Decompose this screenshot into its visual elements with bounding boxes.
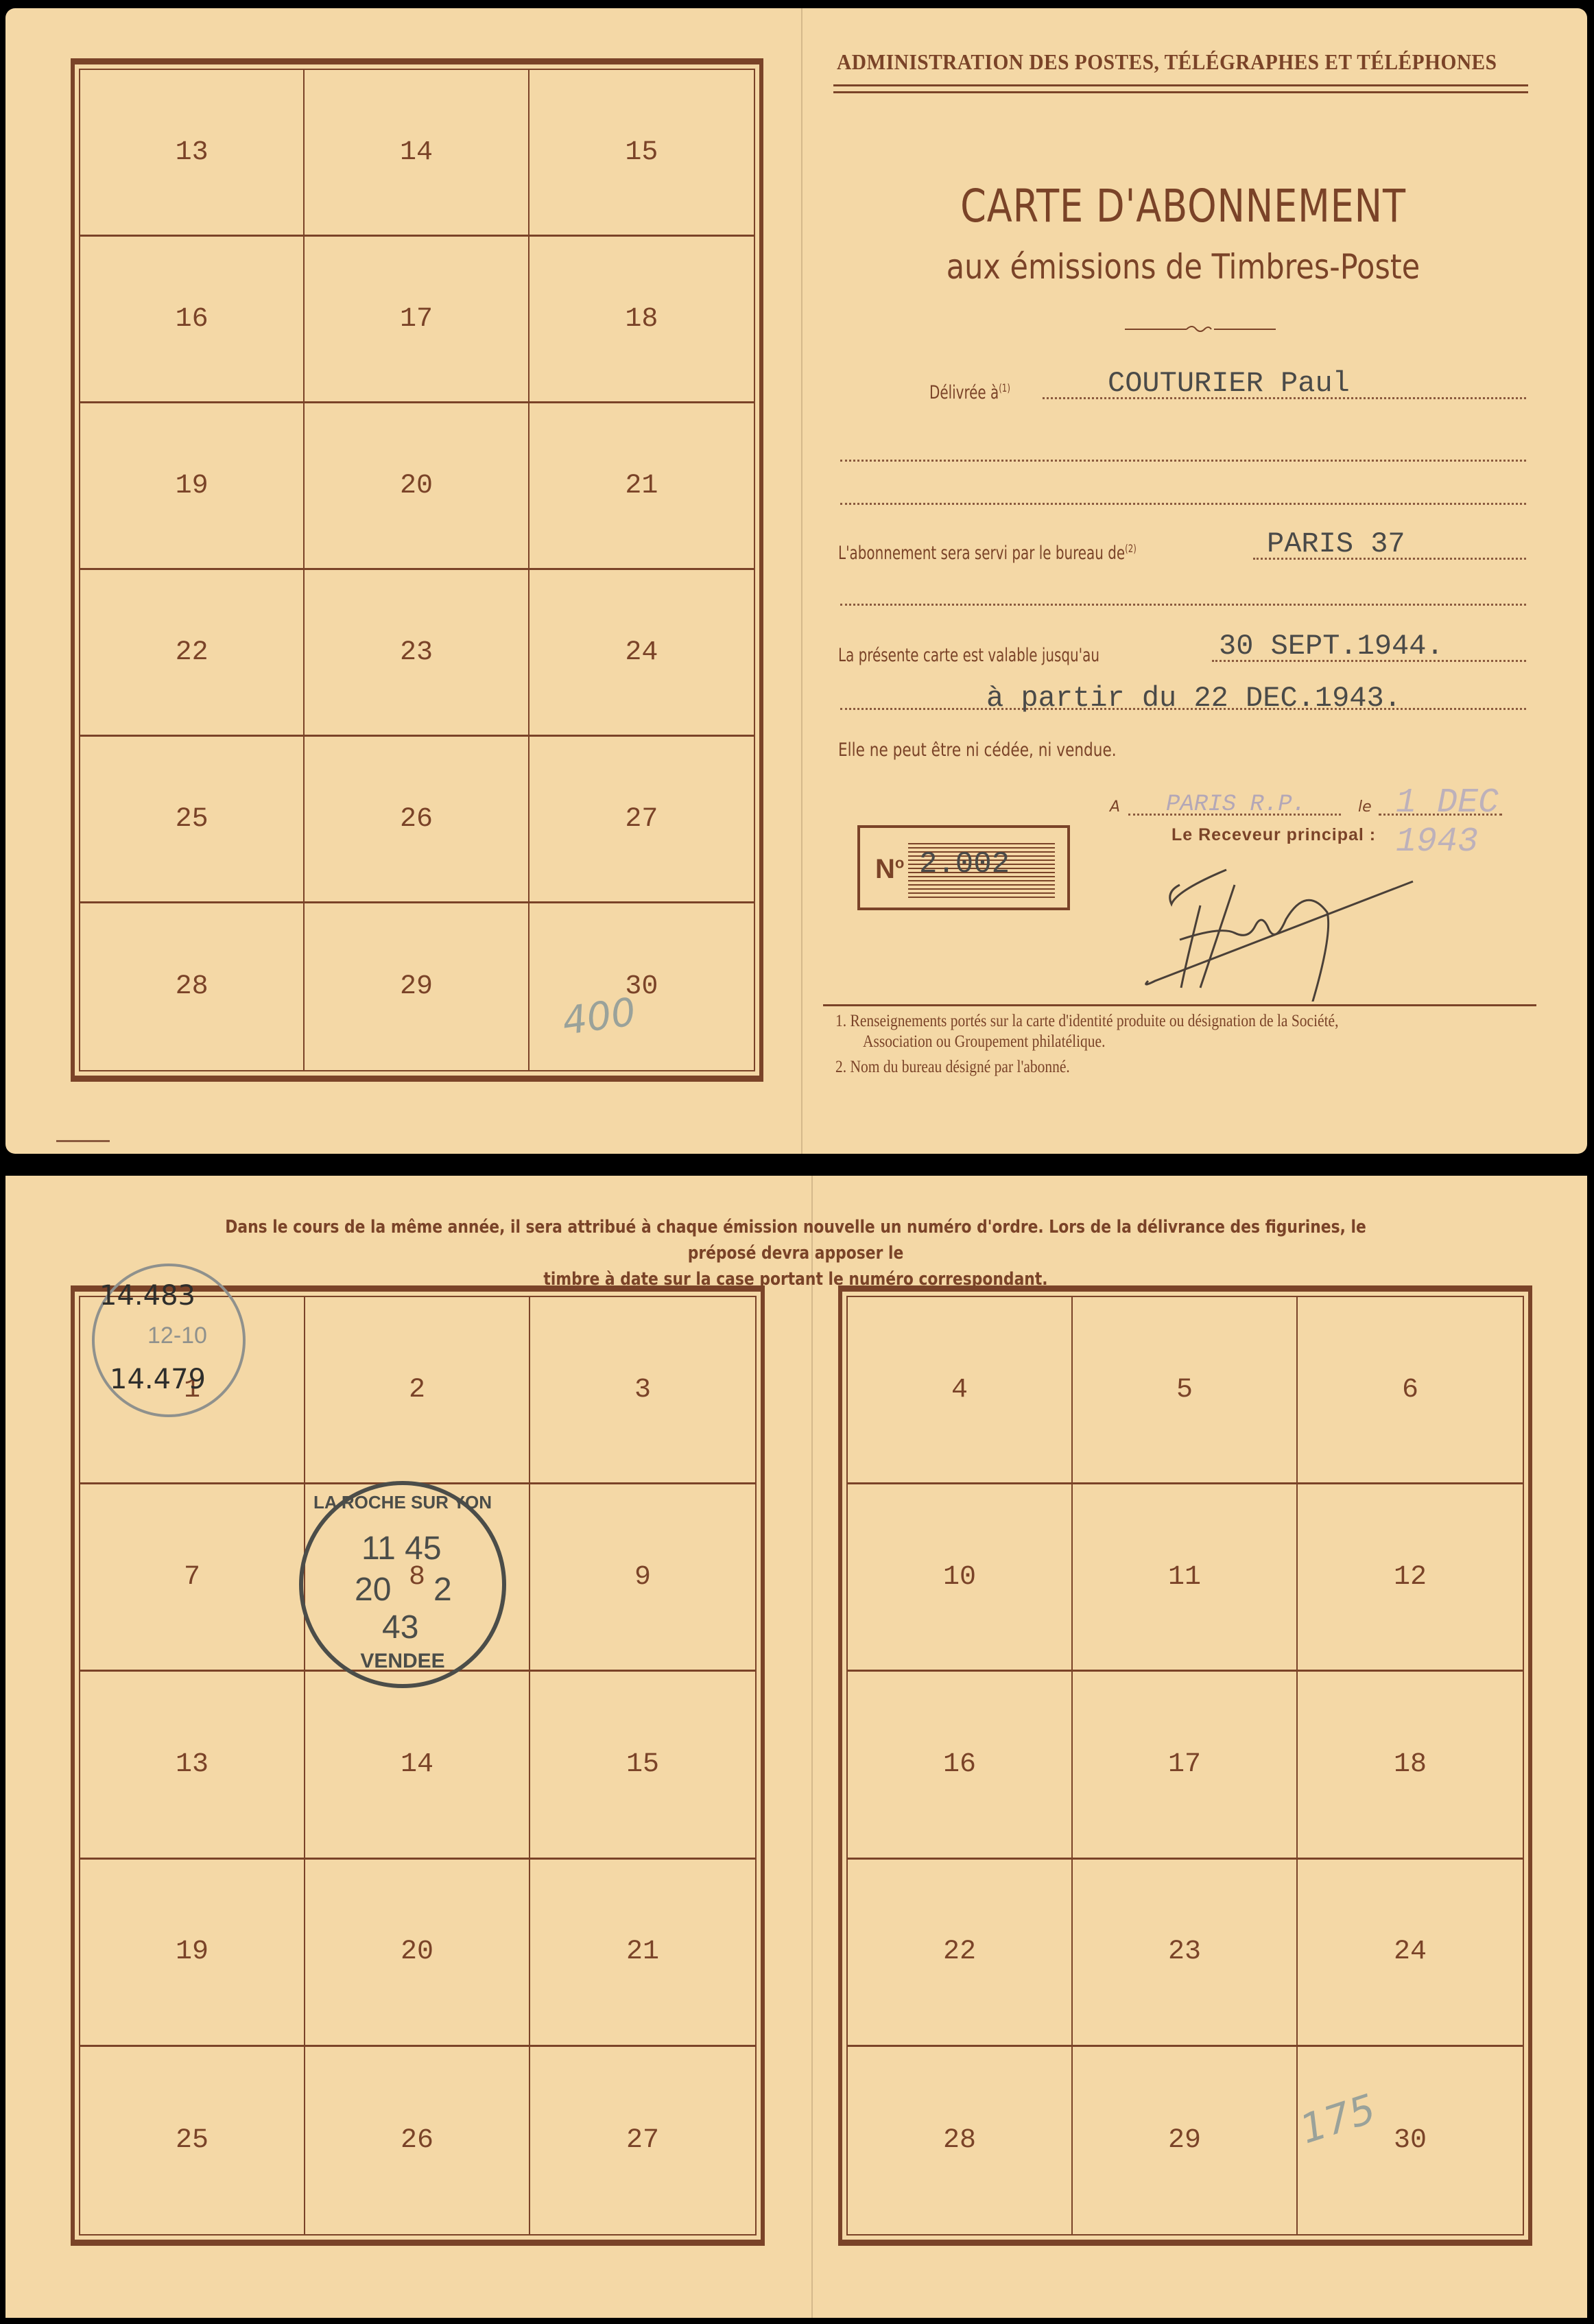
postmark-year: 43 bbox=[382, 1609, 418, 1646]
postmark-dept: VENDEE bbox=[310, 1650, 495, 1673]
stamp-box-7: 7 bbox=[80, 1484, 305, 1672]
stamp-box-number: 27 bbox=[625, 804, 658, 835]
place-date-row: A PARIS R.P. le 1 DEC 1943 bbox=[1104, 796, 1543, 823]
stamp-box-19: 19 bbox=[80, 403, 305, 570]
blank-line-3 bbox=[840, 604, 1526, 606]
stamp-box-number: 22 bbox=[943, 1936, 976, 1967]
stamp-box-number: 28 bbox=[176, 971, 209, 1002]
stamp-box-16: 16 bbox=[80, 237, 305, 403]
header-rule-bottom bbox=[833, 91, 1528, 93]
stamp-box-number: 13 bbox=[176, 1749, 209, 1780]
delivered-to-value[interactable]: COUTURIER Paul bbox=[1108, 367, 1350, 400]
bureau-field: L'abonnement sera servi par le bureau de… bbox=[838, 542, 1526, 564]
non-transfer-note: Elle ne peut être ni cédée, ni vendue. bbox=[838, 739, 1117, 761]
margin-mark bbox=[56, 1140, 110, 1142]
stamp-box-number: 12 bbox=[1394, 1562, 1427, 1593]
stamp-box-number: 15 bbox=[626, 1749, 659, 1780]
stamp-box-3: 3 bbox=[530, 1297, 755, 1484]
footnote-1: 1. Renseignements portés sur la carte d'… bbox=[835, 1012, 1338, 1031]
stamp-box-number: 22 bbox=[176, 637, 209, 668]
stamp-box-15: 15 bbox=[530, 1672, 755, 1859]
stamp-box-24: 24 bbox=[1298, 1860, 1523, 2047]
handwritten-number-top: 14.483 bbox=[99, 1280, 195, 1312]
postmark-cell-1: 12-10 14.483 14.479 bbox=[89, 1261, 248, 1420]
stamp-box-22: 22 bbox=[848, 1860, 1073, 2047]
stamp-box-number: 17 bbox=[400, 304, 433, 335]
stamp-box-23: 23 bbox=[305, 570, 529, 737]
delivered-to-label: Délivrée à bbox=[929, 382, 999, 403]
place-prefix: A bbox=[1110, 798, 1120, 816]
stamp-box-number: 29 bbox=[1168, 2125, 1201, 2156]
stamp-box-28: 28 bbox=[848, 2047, 1073, 2234]
header-rule-top bbox=[833, 84, 1528, 86]
stamp-box-number: 23 bbox=[400, 637, 433, 668]
stamp-box-11: 11 bbox=[1073, 1484, 1298, 1672]
validity-value[interactable]: 30 SEPT.1944. bbox=[1219, 630, 1444, 663]
footnote-2: 2. Nom du bureau désigné par l'abonné. bbox=[835, 1058, 1070, 1077]
stamp-box-27: 27 bbox=[530, 2047, 755, 2234]
delivered-to-field: Délivrée à(1) COUTURIER Paul bbox=[929, 381, 1526, 403]
stamp-box-30: 30 bbox=[530, 903, 754, 1070]
stamp-box-18: 18 bbox=[530, 237, 754, 403]
stamp-box-21: 21 bbox=[530, 1860, 755, 2047]
handwritten-number-bottom: 14.479 bbox=[110, 1364, 206, 1395]
stamp-box-number: 21 bbox=[626, 1936, 659, 1967]
postmark-month: 2 bbox=[433, 1571, 452, 1609]
stamp-box-number: 28 bbox=[943, 2125, 976, 2156]
stamp-box-17: 17 bbox=[305, 237, 529, 403]
stamp-box-23: 23 bbox=[1073, 1860, 1298, 2047]
blank-line-1 bbox=[840, 460, 1526, 462]
validity-field: La présente carte est valable jusqu'au 3… bbox=[838, 645, 1526, 666]
postmark-1-time: 12-10 bbox=[147, 1323, 207, 1349]
card-subtitle: aux émissions de Timbres-Poste bbox=[885, 247, 1482, 287]
stamp-box-number: 5 bbox=[1176, 1375, 1193, 1406]
stamp-box-number: 27 bbox=[626, 2125, 659, 2156]
stamp-box-4: 4 bbox=[848, 1297, 1073, 1484]
stamp-box-number: 20 bbox=[400, 471, 433, 501]
footnote-1-cont: Association ou Groupement philatélique. bbox=[863, 1032, 1105, 1052]
place-stamp: PARIS R.P. bbox=[1166, 792, 1306, 818]
fold-line bbox=[801, 8, 802, 1154]
stamp-box-number: 20 bbox=[401, 1936, 433, 1967]
stamp-box-number: 25 bbox=[176, 2125, 209, 2156]
administration-heading: ADMINISTRATION DES POSTES, TÉLÉGRAPHES E… bbox=[837, 49, 1480, 75]
stamp-box-number: 14 bbox=[401, 1749, 433, 1780]
bureau-label: L'abonnement sera servi par le bureau de bbox=[838, 543, 1125, 564]
stamp-box-number: 16 bbox=[176, 304, 209, 335]
bottom-left-stamp-grid: 123789131415192021252627 bbox=[71, 1285, 765, 2246]
stamp-box-10: 10 bbox=[848, 1484, 1073, 1672]
stamp-box-17: 17 bbox=[1073, 1672, 1298, 1859]
stamp-box-22: 22 bbox=[80, 570, 305, 737]
stamp-box-number: 16 bbox=[943, 1749, 976, 1780]
stamp-box-6: 6 bbox=[1298, 1297, 1523, 1484]
stamp-box-number: 7 bbox=[184, 1562, 200, 1593]
receveur-label: Le Receveur principal : bbox=[1171, 825, 1376, 845]
stamp-box-5: 5 bbox=[1073, 1297, 1298, 1484]
stamp-box-27: 27 bbox=[530, 737, 754, 903]
stamp-box-number: 19 bbox=[176, 1936, 209, 1967]
stamp-box-number: 15 bbox=[625, 137, 658, 168]
ornament-divider bbox=[1125, 324, 1276, 333]
card-number-box: No 2.002 bbox=[857, 825, 1070, 910]
stamp-box-15: 15 bbox=[530, 70, 754, 237]
stamp-box-number: 9 bbox=[634, 1562, 651, 1593]
stamp-box-number: 2 bbox=[409, 1375, 425, 1406]
number-label: N bbox=[875, 854, 895, 884]
stamp-box-26: 26 bbox=[305, 737, 529, 903]
stamp-box-number: 23 bbox=[1168, 1936, 1201, 1967]
instructions: Dans le cours de la même année, il sera … bbox=[196, 1214, 1394, 1292]
stamp-box-number: 13 bbox=[176, 137, 209, 168]
signature-icon bbox=[1139, 844, 1440, 1001]
stamp-box-number: 19 bbox=[176, 471, 209, 501]
stamp-box-number: 17 bbox=[1168, 1749, 1201, 1780]
postmark-la-roche-sur-yon: LA ROCHE SUR YON 11 45 20 2 43 VENDEE bbox=[296, 1478, 509, 1691]
stamp-box-28: 28 bbox=[80, 903, 305, 1070]
stamp-box-number: 26 bbox=[400, 804, 433, 835]
footnote-rule bbox=[823, 1004, 1536, 1006]
stamp-box-number: 14 bbox=[400, 137, 433, 168]
stamp-box-14: 14 bbox=[305, 1672, 530, 1859]
stamp-box-number: 29 bbox=[400, 971, 433, 1002]
stamp-box-number: 11 bbox=[1168, 1562, 1201, 1593]
stamp-box-25: 25 bbox=[80, 737, 305, 903]
instructions-line-1: Dans le cours de la même année, il sera … bbox=[196, 1214, 1394, 1266]
stamp-box-number: 6 bbox=[1402, 1375, 1418, 1406]
validity-label: La présente carte est valable jusqu'au bbox=[838, 645, 1145, 666]
stamp-box-16: 16 bbox=[848, 1672, 1073, 1859]
stamp-box-29: 29 bbox=[305, 903, 529, 1070]
stamp-box-number: 18 bbox=[1394, 1749, 1427, 1780]
stamp-box-12: 12 bbox=[1298, 1484, 1523, 1672]
stamp-box-20: 20 bbox=[305, 1860, 530, 2047]
stamp-box-number: 24 bbox=[1394, 1936, 1427, 1967]
date-prefix: le bbox=[1358, 798, 1372, 816]
stamp-box-number: 25 bbox=[176, 804, 209, 835]
postmark-day: 20 bbox=[355, 1571, 391, 1609]
postmark-town: LA ROCHE SUR YON bbox=[310, 1492, 495, 1513]
stamp-box-24: 24 bbox=[530, 570, 754, 737]
stamp-box-20: 20 bbox=[305, 403, 529, 570]
fold-line bbox=[811, 1176, 813, 2318]
postmark-time: 11 45 bbox=[361, 1530, 442, 1567]
stamp-box-14: 14 bbox=[305, 70, 529, 237]
bottom-right-stamp-grid: 456101112161718222324282930 bbox=[838, 1285, 1532, 2246]
stamp-box-2: 2 bbox=[305, 1297, 530, 1484]
stamp-box-29: 29 bbox=[1073, 2047, 1298, 2234]
top-left-stamp-grid: 131415161718192021222324252627282930 bbox=[71, 58, 763, 1082]
bureau-value[interactable]: PARIS 37 bbox=[1267, 527, 1405, 560]
stamp-box-number: 10 bbox=[943, 1562, 976, 1593]
stamp-box-number: 24 bbox=[625, 637, 658, 668]
stamp-box-9: 9 bbox=[530, 1484, 755, 1672]
stamp-box-25: 25 bbox=[80, 2047, 305, 2234]
stamp-box-21: 21 bbox=[530, 403, 754, 570]
stamp-box-13: 13 bbox=[80, 1672, 305, 1859]
stamp-box-number: 3 bbox=[634, 1375, 651, 1406]
stamp-box-18: 18 bbox=[1298, 1672, 1523, 1859]
stamp-box-number: 21 bbox=[625, 471, 658, 501]
stamp-box-number: 26 bbox=[401, 2125, 433, 2156]
stamp-box-13: 13 bbox=[80, 70, 305, 237]
stamp-box-19: 19 bbox=[80, 1860, 305, 2047]
stamp-box-26: 26 bbox=[305, 2047, 530, 2234]
stamp-box-number: 30 bbox=[1394, 2125, 1427, 2156]
card-title: CARTE D'ABONNEMENT bbox=[899, 180, 1467, 233]
card-number-value: 2.002 bbox=[919, 847, 1010, 881]
stamp-box-number: 4 bbox=[951, 1375, 968, 1406]
stamp-box-number: 18 bbox=[625, 304, 658, 335]
blank-line-2 bbox=[840, 503, 1526, 505]
